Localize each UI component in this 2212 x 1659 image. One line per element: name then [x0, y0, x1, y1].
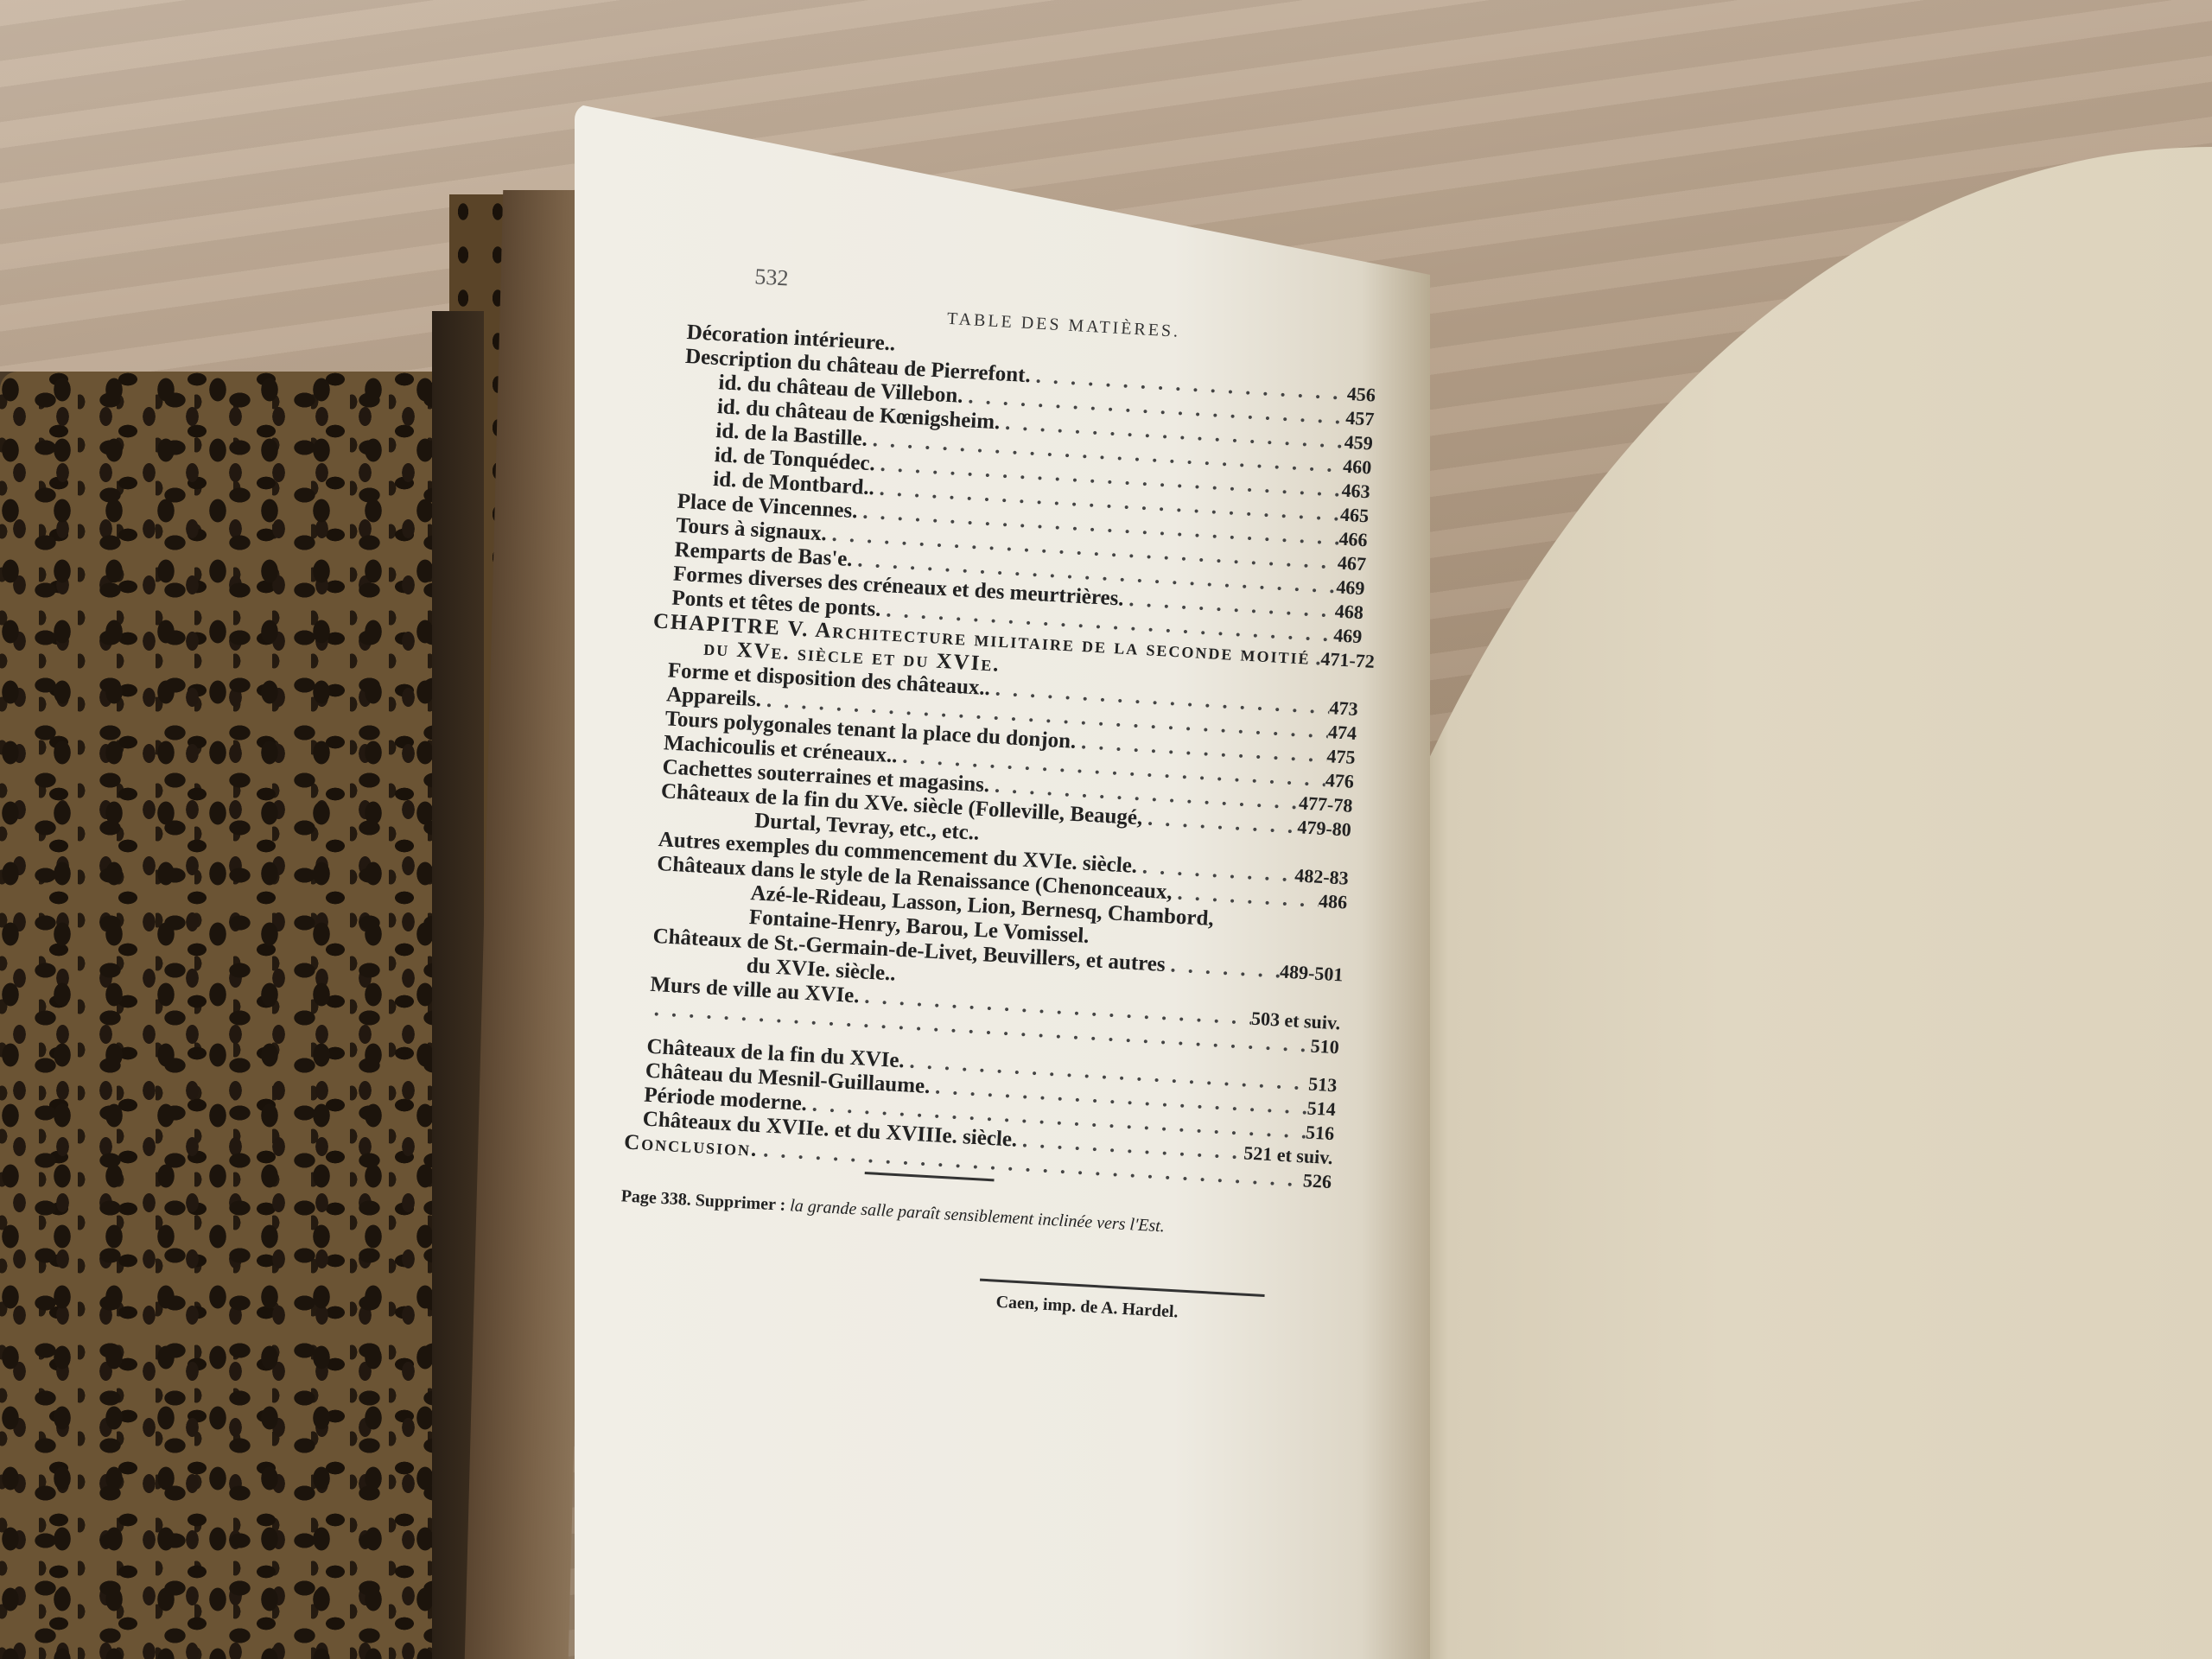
- toc-entry-page: 471-72: [1320, 648, 1376, 673]
- toc-entry-page: 463: [1341, 480, 1370, 504]
- toc-entry-page: 457: [1345, 407, 1375, 431]
- toc-entry-page: 486: [1318, 890, 1347, 914]
- toc-entry-page: 467: [1337, 551, 1366, 575]
- toc-entry-page: 477-78: [1298, 791, 1353, 817]
- toc-entry-page: 475: [1326, 745, 1356, 769]
- toc-entry-page: 474: [1327, 721, 1357, 745]
- toc-entry-page: 479-80: [1297, 816, 1352, 841]
- toc-entry-page: 459: [1344, 431, 1373, 455]
- errata-note: Page 338. Supprimer : la grande salle pa…: [620, 1186, 1363, 1248]
- leader-dots: [1213, 925, 1345, 933]
- toc-entry-page: 460: [1343, 455, 1372, 480]
- page-number: 532: [754, 264, 790, 291]
- toc-entry-page: 473: [1329, 696, 1358, 721]
- toc-entry-page: 489-501: [1279, 960, 1344, 986]
- toc-entry-page: 466: [1338, 527, 1368, 551]
- toc-entry-page: 456: [1346, 383, 1376, 407]
- marbled-book-cover: [0, 372, 432, 1659]
- table-of-contents: Décoration intérieure..Description du ch…: [623, 320, 1377, 1194]
- toc-entry-page: 516: [1305, 1121, 1334, 1145]
- toc-entry-page: 476: [1325, 769, 1354, 793]
- toc-entry-page: 469: [1336, 575, 1365, 600]
- toc-entry-page: 468: [1334, 600, 1363, 624]
- toc-entry-page: 469: [1333, 624, 1363, 648]
- page-text: 532 TABLE DES MATIÈRES. Décoration intér…: [616, 251, 1416, 1332]
- toc-entry-page: 465: [1339, 504, 1369, 528]
- toc-entry-page: 514: [1306, 1096, 1336, 1121]
- toc-entry-page: 513: [1308, 1073, 1338, 1097]
- toc-entry-page: 526: [1302, 1169, 1332, 1193]
- toc-entry-page: 482-83: [1294, 864, 1350, 889]
- toc-entry-page: 510: [1310, 1035, 1339, 1059]
